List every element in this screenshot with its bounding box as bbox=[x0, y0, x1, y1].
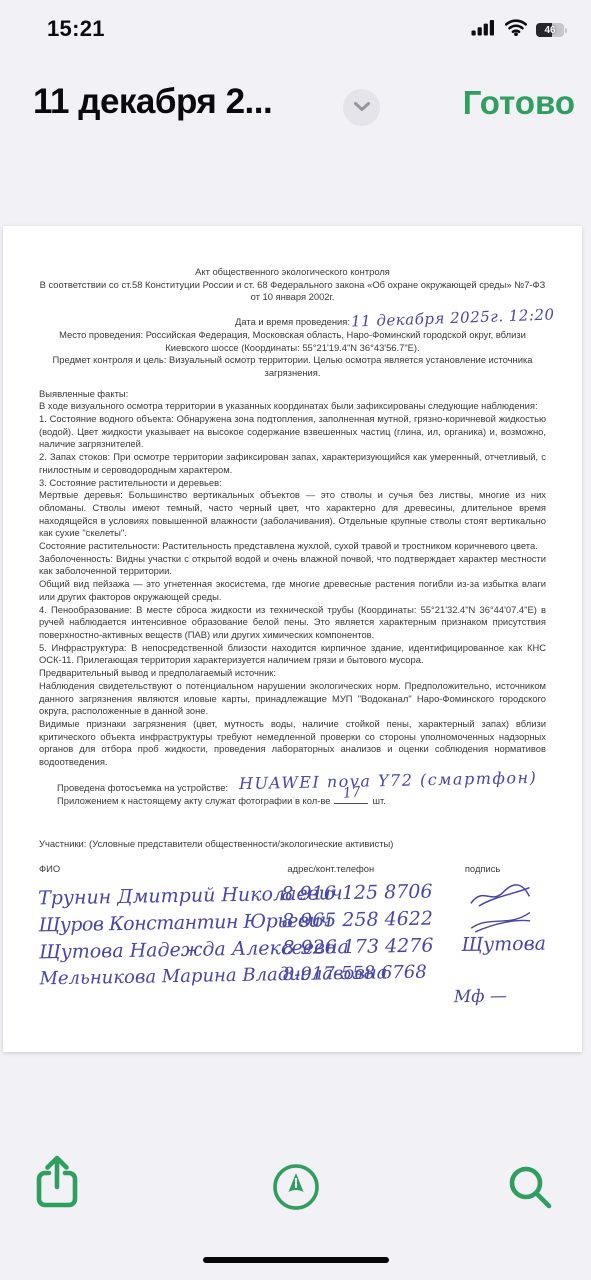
title-menu-button[interactable] bbox=[343, 89, 380, 126]
doc-paragraph: Видимые признаки загрязнения (цвет, мутн… bbox=[39, 718, 546, 769]
doc-paragraph: Наблюдения свидетельствуют о потенциальн… bbox=[39, 680, 546, 718]
doc-paragraph: 1. Состояние водного объекта: Обнаружена… bbox=[39, 413, 546, 451]
share-icon bbox=[33, 1199, 81, 1214]
participants-header: Участники: (Условные представители общес… bbox=[39, 838, 546, 851]
doc-paragraph: 4. Пенообразование: В месте сброса жидко… bbox=[39, 604, 546, 642]
document-title: 11 декабря 2... bbox=[33, 82, 272, 122]
wifi-icon bbox=[504, 19, 528, 41]
participants-rows: Трунин Дмитрий Николаевич 8 916 125 8706… bbox=[38, 883, 547, 1011]
chevron-down-icon bbox=[353, 100, 371, 115]
doc-paragraph: Общий вид пейзажа — это угнетенная экоси… bbox=[39, 578, 546, 603]
photo-device-line: Проведена фотосъемка на устройстве: HUAW… bbox=[57, 782, 546, 795]
signature-flourish bbox=[470, 922, 546, 923]
column-contact: адрес/конт.телефон bbox=[287, 863, 464, 876]
participants-section: Участники: (Условные представители общес… bbox=[39, 838, 546, 1006]
status-bar: 15:21 46 bbox=[0, 12, 591, 44]
participants-columns: ФИО адрес/конт.телефон подпись bbox=[39, 863, 546, 876]
doc-paragraph: 2. Запах стоков: При осмотре территории … bbox=[39, 451, 546, 476]
doc-paragraph: 5. Инфраструктура: В непосредственной бл… bbox=[39, 642, 546, 667]
battery-icon: 46 bbox=[536, 23, 564, 37]
clock: 15:21 bbox=[47, 16, 105, 42]
markup-pen-icon bbox=[272, 1199, 320, 1214]
doc-date-line: Дата и время проведения: 11 декабря 2025… bbox=[39, 316, 546, 329]
doc-paragraph: 3. Состояние растительности и деревьев: bbox=[39, 477, 546, 490]
doc-paragraph: Состояние растительности: Растительность… bbox=[39, 540, 546, 553]
photo-count-blank: 17 bbox=[334, 794, 368, 804]
doc-subheading: В соответствии со ст.58 Конституции Росс… bbox=[39, 279, 546, 304]
bottom-toolbar bbox=[0, 1150, 591, 1222]
doc-subject-line: Предмет контроля и цель: Визуальный осмо… bbox=[39, 354, 546, 379]
markup-button[interactable] bbox=[272, 1163, 320, 1214]
search-icon bbox=[506, 1199, 554, 1214]
signature-flourish bbox=[469, 895, 545, 896]
doc-paragraph: В ходе визуального осмотра территории в … bbox=[39, 400, 546, 413]
doc-heading: Акт общественного экологического контрол… bbox=[39, 266, 546, 279]
column-fio: ФИО bbox=[39, 863, 287, 876]
nav-bar: 11 декабря 2... Готово bbox=[0, 76, 591, 148]
handwritten-count: 17 bbox=[343, 787, 362, 801]
cellular-signal-icon bbox=[471, 19, 496, 41]
column-sign: подпись bbox=[465, 863, 546, 876]
doc-paragraph: Выявленные факты: bbox=[39, 388, 546, 401]
handwritten-device: HUAWEI nova Y72 (смартфон) bbox=[239, 772, 538, 791]
signature-text: Щутова bbox=[461, 937, 546, 951]
battery-cap bbox=[565, 28, 567, 33]
document-page[interactable]: Акт общественного экологического контрол… bbox=[3, 226, 582, 1052]
doc-paragraph: Мертвые деревья: Большинство вертикальны… bbox=[39, 489, 546, 540]
doc-paragraph: Предварительный вывод и предполагаемый и… bbox=[39, 667, 546, 680]
done-button[interactable]: Готово bbox=[463, 84, 575, 122]
search-button[interactable] bbox=[506, 1163, 554, 1214]
handwritten-date: 11 декабря 2025г. 12:20 bbox=[350, 309, 554, 329]
share-button[interactable] bbox=[33, 1153, 81, 1214]
doc-paragraph: Заболоченность: Видны участки с открытой… bbox=[39, 553, 546, 578]
photo-count-line: Приложением к настоящему акту служат фот… bbox=[57, 794, 546, 808]
battery-percent: 46 bbox=[536, 23, 564, 37]
home-indicator[interactable] bbox=[203, 1257, 389, 1263]
doc-place-line: Место проведения: Российская Федерация, … bbox=[39, 329, 546, 354]
